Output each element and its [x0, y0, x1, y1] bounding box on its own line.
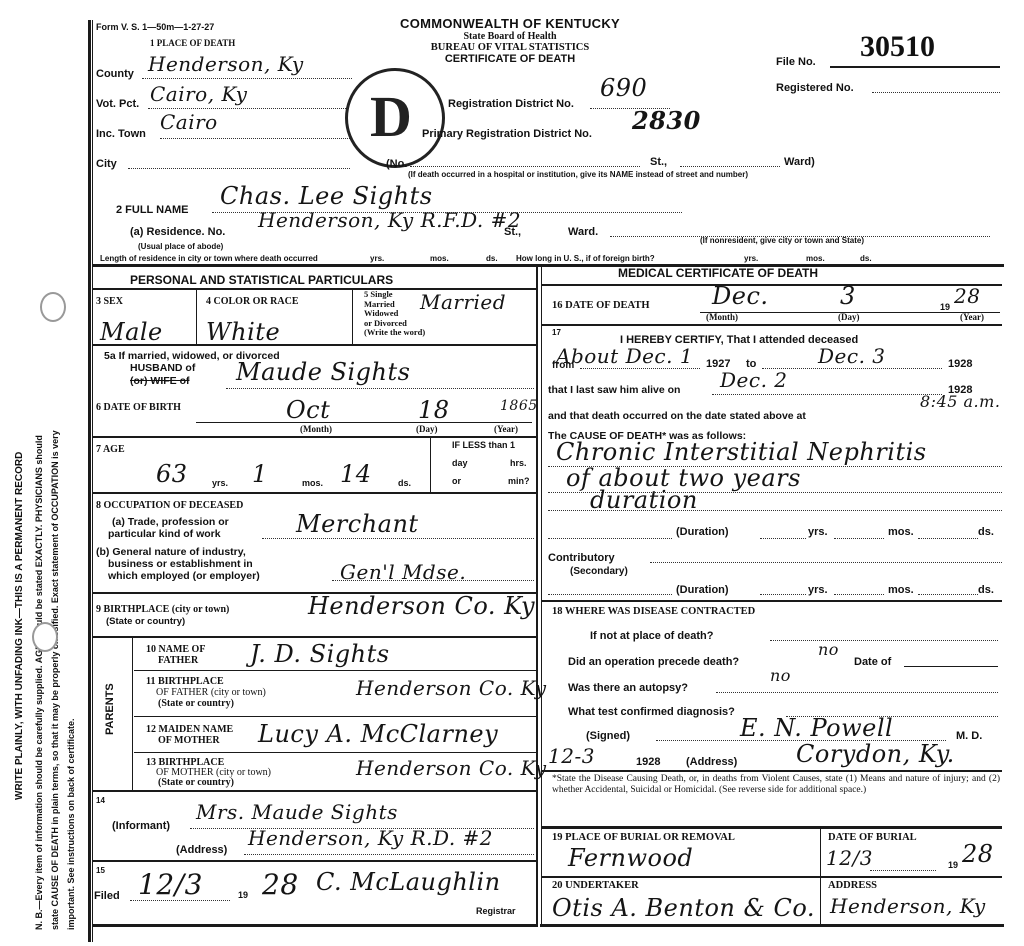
mother-row-line [134, 752, 536, 753]
filed-label: Filed [94, 890, 120, 902]
father-value: J. D. Sights [250, 640, 390, 668]
dob-line [196, 422, 532, 423]
residence-ward-label: Ward. [568, 226, 598, 238]
informant-num: 14 [96, 796, 105, 805]
trade-value: Merchant [296, 510, 419, 538]
commonwealth-title: COMMONWEALTH OF KENTUCKY [380, 16, 640, 31]
age-label: 7 AGE [96, 444, 125, 455]
parents-row-line [92, 790, 536, 792]
informant-address-line [244, 854, 534, 855]
autopsy-line [716, 692, 998, 693]
cause-footnote: *State the Disease Causing Death, or, in… [552, 774, 1000, 796]
burial-date-line [870, 870, 936, 871]
color-divider [352, 290, 353, 344]
dob-day: 18 [418, 396, 450, 424]
foreign-ds: ds. [860, 254, 872, 263]
dob-month-caption: (Month) [300, 424, 332, 434]
dod-year-caption: (Year) [960, 312, 984, 322]
undertaker-address-label: ADDRESS [828, 880, 877, 891]
burial-year-prefix: 19 [948, 860, 958, 870]
filed-year: 28 [262, 868, 299, 901]
inc-town-value: Cairo [160, 110, 218, 134]
no-label: (No. [386, 158, 407, 170]
last-saw-label: that I last saw him alive on [548, 384, 680, 396]
min-label: min? [508, 476, 530, 486]
ward-label: Ward) [784, 156, 815, 168]
file-no-line [830, 66, 1000, 68]
full-name-value: Chas. Lee Sights [220, 182, 433, 210]
color-value: White [206, 318, 280, 346]
duration-2-ds-line [918, 594, 978, 595]
spouse-line [226, 388, 534, 389]
occurred-label: and that death occurred on the date stat… [548, 410, 806, 422]
attended-to-line [762, 368, 942, 369]
footnote-row-line [542, 826, 1002, 829]
file-no-label: File No. [776, 56, 816, 68]
dob-label: 6 DATE OF BIRTH [96, 402, 181, 413]
inc-town-label: Inc. Town [96, 128, 146, 140]
undertaker-label: 20 UNDERTAKER [552, 880, 639, 891]
dod-year: 28 [954, 284, 980, 308]
age-divider [430, 438, 431, 492]
autopsy-value: no [770, 666, 791, 685]
test-label: What test confirmed diagnosis? [568, 706, 735, 718]
marital-value: Married [420, 290, 506, 314]
sex-divider [196, 290, 197, 344]
side-note-line-3: state CAUSE OF DEATH in plain terms, so … [50, 430, 60, 930]
age-ds-label: ds. [398, 478, 411, 488]
punch-hole-top [40, 292, 66, 322]
duration-2-line [548, 594, 672, 595]
medical-title-line [542, 284, 1002, 286]
personal-section-title: PERSONAL AND STATISTICAL PARTICULARS [130, 273, 393, 287]
not-place-label: If not at place of death? [590, 630, 713, 642]
physician-signature: E. N. Powell [740, 714, 893, 742]
or-label: or [452, 476, 461, 486]
trade-label-2: particular kind of work [108, 528, 221, 540]
length-yrs: yrs. [370, 254, 384, 263]
burial-row-line [542, 876, 1002, 878]
burial-place-label: 19 PLACE OF BURIAL OR REMOVAL [552, 832, 735, 843]
undertaker-address-value: Henderson, Ky [830, 894, 986, 918]
primary-reg-label: Primary Registration District No. [422, 128, 592, 140]
duration-1-yrs: yrs. [808, 526, 828, 538]
form-id: Form V. S. 1—50m—1-27-27 [96, 22, 214, 32]
contributory-row-line [542, 600, 1002, 602]
bureau-title: BUREAU OF VITAL STATISTICS [380, 42, 640, 53]
registration-stamp: D [345, 68, 445, 168]
contributory-line [650, 562, 1002, 563]
undertaker-value: Otis A. Benton & Co. [552, 894, 815, 922]
street-no-line [410, 166, 640, 167]
burial-date-value: 12/3 [826, 846, 873, 870]
mother-label: 12 MAIDEN NAME OF MOTHER [146, 724, 233, 746]
father-label: 10 NAME OF FATHER [146, 644, 205, 666]
sign-date: 12-3 [548, 744, 595, 768]
spouse-label-2: HUSBAND of [130, 362, 195, 374]
duration-1-label: (Duration) [676, 526, 729, 538]
last-saw-line [712, 394, 942, 395]
birthplace-label-2: (State or country) [106, 616, 185, 627]
st-label: St., [650, 156, 667, 168]
industry-label-3: which employed (or employer) [108, 570, 260, 582]
industry-label-2: business or establishment in [108, 558, 253, 570]
reg-district-value: 690 [600, 74, 647, 102]
left-border-inner [92, 20, 93, 942]
filed-row-line [92, 924, 538, 927]
day-label: day [452, 458, 468, 468]
column-divider [536, 266, 538, 926]
trade-label-1: (a) Trade, profession or [112, 516, 229, 528]
registered-no-field [872, 92, 1000, 93]
cause-line-1: Chronic Interstitial Nephritis [556, 438, 927, 466]
industry-label-1: (b) General nature of industry, [96, 546, 246, 558]
length-residence-label: Length of residence in city or town wher… [100, 254, 318, 263]
duration-1-mos-line [834, 538, 884, 539]
side-note-line-2: N. B.—Every item of information should b… [34, 435, 44, 930]
medical-section-title: MEDICAL CERTIFICATE OF DEATH [618, 266, 818, 280]
sex-label: 3 SEX [96, 296, 123, 307]
father-bp-label: 11 BIRTHPLACE OF FATHER (city or town) (… [146, 676, 266, 709]
vot-line [148, 108, 348, 109]
age-mos-label: mos. [302, 478, 323, 488]
sex-value: Male [100, 318, 163, 346]
dob-year-caption: (Year) [494, 424, 518, 434]
parents-label: PARENTS [104, 683, 116, 735]
dod-month: Dec. [712, 282, 769, 310]
father-bp-value: Henderson Co. Ky [356, 676, 547, 700]
duration-1-ds: ds. [978, 526, 994, 538]
dod-month-caption: (Month) [706, 312, 738, 322]
trade-line [262, 538, 534, 539]
less-than-label: IF LESS than 1 [452, 440, 515, 450]
burial-place-value: Fernwood [568, 844, 693, 872]
nonresident-note: (If nonresident, give city or town and S… [700, 236, 864, 245]
death-time: 8:45 a.m. [920, 392, 1000, 411]
reg-district-label: Registration District No. [448, 98, 574, 110]
informant-row-line [92, 860, 536, 862]
usual-abode-note: (Usual place of abode) [138, 242, 223, 251]
duration-1-ds-line [918, 538, 978, 539]
county-label: County [96, 68, 134, 80]
father-bp-row-line [134, 716, 536, 717]
marital-label: 5 Single Married Widowed or Divorced (Wr… [364, 290, 425, 338]
city-line [128, 168, 350, 169]
informant-label: (Informant) [112, 820, 170, 832]
duration-1-line [548, 538, 672, 539]
duration-2-yrs: yrs. [808, 584, 828, 596]
dob-year: 1865 [500, 398, 538, 414]
physician-address-value: Corydon, Ky. [796, 740, 955, 768]
mother-value: Lucy A. McClarney [258, 720, 498, 748]
contributory-label: Contributory [548, 552, 615, 564]
filed-date-line [130, 900, 230, 901]
secondary-label: (Secondary) [570, 566, 628, 577]
ward-line [680, 166, 780, 167]
not-place-line [770, 640, 998, 641]
birthplace-label-1: 9 BIRTHPLACE (city or town) [96, 604, 229, 615]
duration-2-mos-line [834, 594, 884, 595]
informant-address-label: (Address) [176, 844, 227, 856]
age-days: 14 [340, 460, 372, 488]
autopsy-label: Was there an autopsy? [568, 682, 688, 694]
date-of-line [904, 666, 998, 667]
header-divider [92, 264, 1004, 267]
operation-value: no [818, 640, 839, 659]
duration-2-mos: mos. [888, 584, 914, 596]
duration-2-ds: ds. [978, 584, 994, 596]
dod-row-line [542, 324, 1002, 326]
parents-divider [132, 638, 133, 790]
residence-value: Henderson, Ky R.F.D. #2 [258, 208, 521, 232]
operation-label: Did an operation precede death? [568, 656, 739, 668]
spouse-value: Maude Sights [236, 358, 410, 386]
primary-reg-value: 2830 [632, 106, 701, 135]
spouse-label-3: (or) WIFE of [130, 375, 189, 387]
informant-address-value: Henderson, Ky R.D. #2 [248, 826, 493, 850]
bottom-border [540, 924, 1004, 927]
county-value: Henderson, Ky [148, 52, 304, 76]
dod-year-prefix: 19 [940, 302, 950, 312]
signed-row-line [542, 770, 1002, 772]
mother-bp-value: Henderson Co. Ky [356, 756, 547, 780]
vot-label: Vot. Pct. [96, 98, 139, 110]
age-row-line [92, 492, 536, 494]
age-yrs-label: yrs. [212, 478, 228, 488]
physician-address-label: (Address) [686, 756, 737, 768]
attended-from-line [580, 368, 700, 369]
sex-row-line [92, 344, 536, 346]
dob-row-line [92, 436, 536, 438]
md-label: M. D. [956, 730, 982, 742]
inc-town-line [160, 138, 350, 139]
foreign-yrs: yrs. [744, 254, 758, 263]
hrs-label: hrs. [510, 458, 527, 468]
dod-label: 16 DATE OF DEATH [552, 300, 650, 311]
residence-st-label: St., [504, 226, 521, 238]
board-title: State Board of Health [380, 31, 640, 42]
residence-label: (a) Residence. No. [130, 226, 225, 238]
certificate-title: CERTIFICATE OF DEATH [380, 53, 640, 65]
industry-line [332, 580, 534, 581]
attended-from-value: About Dec. 1 [556, 344, 693, 368]
mother-bp-label: 13 BIRTHPLACE OF MOTHER (city or town) (… [146, 758, 271, 788]
left-border [88, 20, 91, 942]
length-mos: mos. [430, 254, 449, 263]
registrar-label: Registrar [476, 906, 516, 916]
duration-1-mos: mos. [888, 526, 914, 538]
filed-date: 12/3 [138, 868, 203, 901]
vot-value: Cairo, Ky [150, 82, 247, 106]
duration-2-label: (Duration) [676, 584, 729, 596]
hospital-note: (If death occurred in a hospital or inst… [408, 170, 748, 179]
informant-value: Mrs. Maude Sights [196, 800, 398, 824]
where-contracted-label: 18 WHERE WAS DISEASE CONTRACTED [552, 606, 755, 617]
county-line [142, 78, 352, 79]
filed-year-prefix: 19 [238, 890, 248, 900]
occupation-label: 8 OCCUPATION OF DECEASED [96, 500, 243, 511]
place-of-death-label: 1 PLACE OF DEATH [150, 38, 235, 48]
dob-day-caption: (Day) [416, 424, 438, 434]
sign-year: 1928 [636, 756, 660, 768]
birthplace-value: Henderson Co. Ky [308, 592, 535, 620]
age-months: 1 [252, 460, 268, 488]
color-label: 4 COLOR OR RACE [206, 296, 299, 307]
attended-to-year: 1928 [948, 358, 972, 370]
last-saw-value: Dec. 2 [720, 368, 788, 392]
signed-label: (Signed) [586, 730, 630, 742]
filed-num: 15 [96, 866, 105, 875]
burial-date-label: DATE OF BURIAL [828, 832, 917, 843]
city-label: City [96, 158, 117, 170]
side-note-line-1: WRITE PLAINLY, WITH UNFADING INK—THIS IS… [14, 452, 25, 800]
date-of-label: Date of [854, 656, 891, 668]
cert-num: 17 [552, 328, 561, 337]
father-row-line [134, 670, 536, 671]
full-name-label: 2 FULL NAME [116, 204, 189, 216]
punch-hole-bottom [32, 622, 58, 652]
age-years: 63 [156, 460, 188, 488]
attended-to-value: Dec. 3 [818, 344, 886, 368]
side-note-line-4: important. See instructions on back of c… [66, 718, 76, 930]
file-no-value: 30510 [860, 30, 935, 64]
length-ds: ds. [486, 254, 498, 263]
burial-year: 28 [962, 840, 994, 868]
dod-day: 3 [840, 282, 856, 310]
registrar-signature: C. McLaughlin [316, 868, 501, 896]
duration-1-yrs-line [760, 538, 806, 539]
foreign-birth-label: How long in U. S., if of foreign birth? [516, 254, 655, 263]
dod-day-caption: (Day) [838, 312, 860, 322]
cause-line-3-rule [548, 510, 1002, 511]
dob-month: Oct [286, 396, 330, 424]
certificate-heading: COMMONWEALTH OF KENTUCKY State Board of … [380, 16, 640, 65]
registered-no-label: Registered No. [776, 82, 854, 94]
birthplace-row-line [92, 636, 536, 638]
duration-2-yrs-line [760, 594, 806, 595]
foreign-mos: mos. [806, 254, 825, 263]
